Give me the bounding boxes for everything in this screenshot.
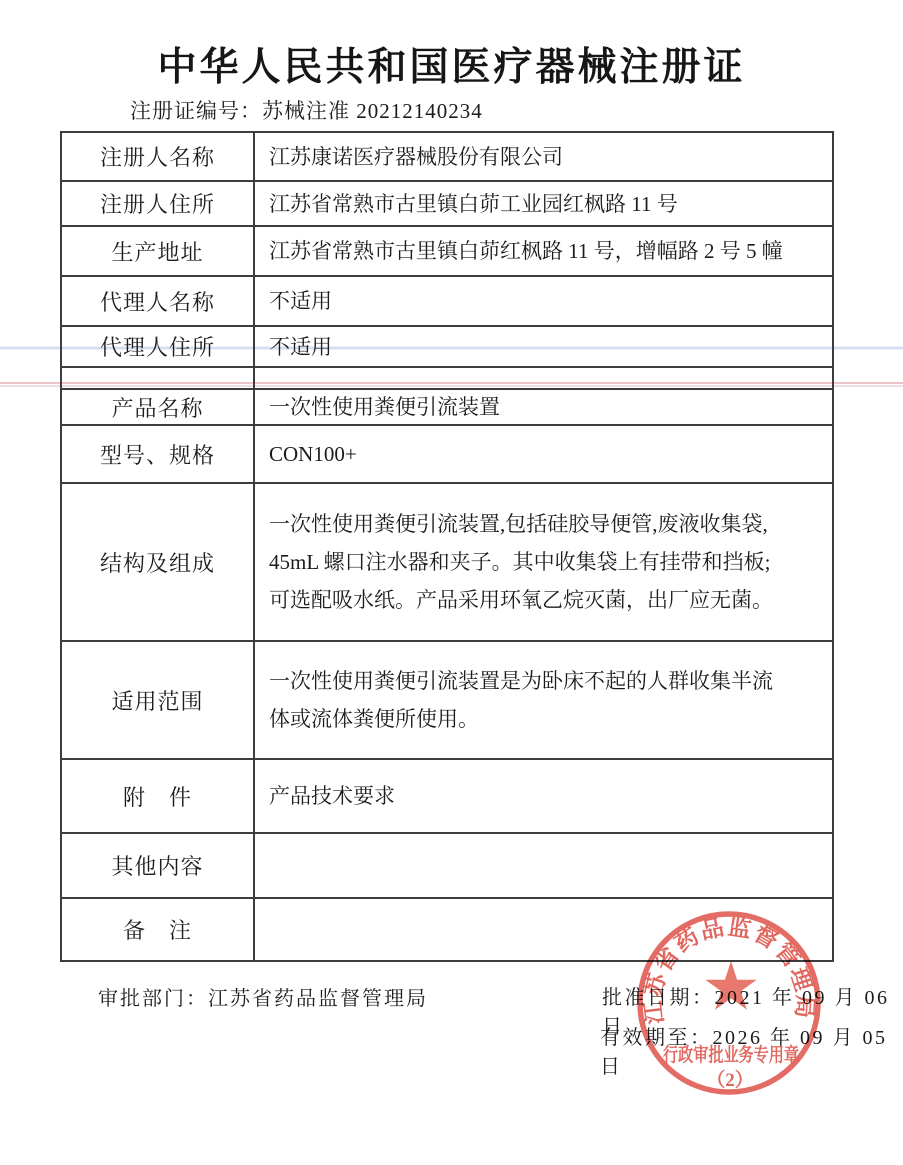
certificate-number-line: 注册证编号：苏械注准 20212140234 bbox=[130, 95, 483, 125]
row-label: 注册人住所 bbox=[62, 182, 255, 225]
approval-department-value: 江苏省药品监督管理局 bbox=[208, 988, 428, 1010]
table-row-production-address: 生产地址 江苏省常熟市古里镇白茆红枫路 11 号，增幅路 2 号 5 幢 bbox=[62, 227, 832, 277]
row-value: 一次性使用粪便引流装置是为卧床不起的人群收集半流 体或流体粪便所使用。 bbox=[255, 642, 832, 758]
table-row-registrant-address: 注册人住所 江苏省常熟市古里镇白茆工业园红枫路 11 号 bbox=[62, 182, 832, 227]
page-title: 中华人民共和国医疗器械注册证 bbox=[0, 36, 903, 92]
approval-department-label: 审批部门： bbox=[98, 988, 208, 1010]
row-label: 备 注 bbox=[62, 899, 255, 960]
valid-until-line: 有效期至：2026 年 09 月 05 日 bbox=[600, 1021, 903, 1079]
row-value: 江苏省常熟市古里镇白茆红枫路 11 号，增幅路 2 号 5 幢 bbox=[255, 227, 832, 275]
row-value bbox=[255, 899, 832, 960]
table-row-product-name: 产品名称 一次性使用粪便引流装置 bbox=[62, 390, 832, 426]
approval-department-line: 审批部门：江苏省药品监督管理局 bbox=[98, 982, 428, 1011]
table-row-structure-composition: 结构及组成 一次性使用粪便引流装置,包括硅胶导便管,废液收集袋, 45mL 螺口… bbox=[62, 484, 832, 642]
row-value: 江苏省常熟市古里镇白茆工业园红枫路 11 号 bbox=[255, 182, 832, 225]
table-row-agent-name: 代理人名称 不适用 bbox=[62, 277, 832, 327]
row-label: 附 件 bbox=[62, 760, 255, 832]
certificate-number-value: 苏械注准 20212140234 bbox=[262, 99, 483, 123]
row-label: 产品名称 bbox=[62, 390, 255, 424]
row-value-empty bbox=[255, 368, 832, 388]
row-label: 生产地址 bbox=[62, 227, 255, 275]
table-row-registrant-name: 注册人名称 江苏康诺医疗器械股份有限公司 bbox=[62, 133, 832, 182]
table-row-other-content: 其他内容 bbox=[62, 834, 832, 899]
row-value: 一次性使用粪便引流装置,包括硅胶导便管,废液收集袋, 45mL 螺口注水器和夹子… bbox=[255, 484, 832, 640]
table-row-agent-address: 代理人住所 不适用 bbox=[62, 327, 832, 368]
row-label: 其他内容 bbox=[62, 834, 255, 897]
row-label: 注册人名称 bbox=[62, 133, 255, 180]
row-value: 一次性使用粪便引流装置 bbox=[255, 390, 832, 424]
row-value: 不适用 bbox=[255, 327, 832, 366]
certificate-table: 注册人名称 江苏康诺医疗器械股份有限公司 注册人住所 江苏省常熟市古里镇白茆工业… bbox=[60, 131, 834, 962]
row-value: 江苏康诺医疗器械股份有限公司 bbox=[255, 133, 832, 180]
row-label-empty bbox=[62, 368, 255, 388]
table-row-model-spec: 型号、规格 CON100+ bbox=[62, 426, 832, 484]
row-value: CON100+ bbox=[255, 426, 832, 482]
table-row-remarks: 备 注 bbox=[62, 899, 832, 960]
approval-date-label: 批准日期： bbox=[602, 987, 715, 1009]
row-value: 不适用 bbox=[255, 277, 832, 325]
row-value bbox=[255, 834, 832, 897]
row-label: 适用范围 bbox=[62, 642, 255, 758]
certificate-number-label: 注册证编号： bbox=[130, 99, 262, 123]
table-row-empty-strip bbox=[62, 368, 832, 390]
row-label: 结构及组成 bbox=[62, 484, 255, 640]
valid-until-label: 有效期至： bbox=[600, 1027, 713, 1049]
table-row-attachment: 附 件 产品技术要求 bbox=[62, 760, 832, 834]
row-label: 代理人住所 bbox=[62, 327, 255, 366]
row-value: 产品技术要求 bbox=[255, 760, 832, 832]
table-row-intended-use: 适用范围 一次性使用粪便引流装置是为卧床不起的人群收集半流 体或流体粪便所使用。 bbox=[62, 642, 832, 760]
row-label: 型号、规格 bbox=[62, 426, 255, 482]
row-label: 代理人名称 bbox=[62, 277, 255, 325]
